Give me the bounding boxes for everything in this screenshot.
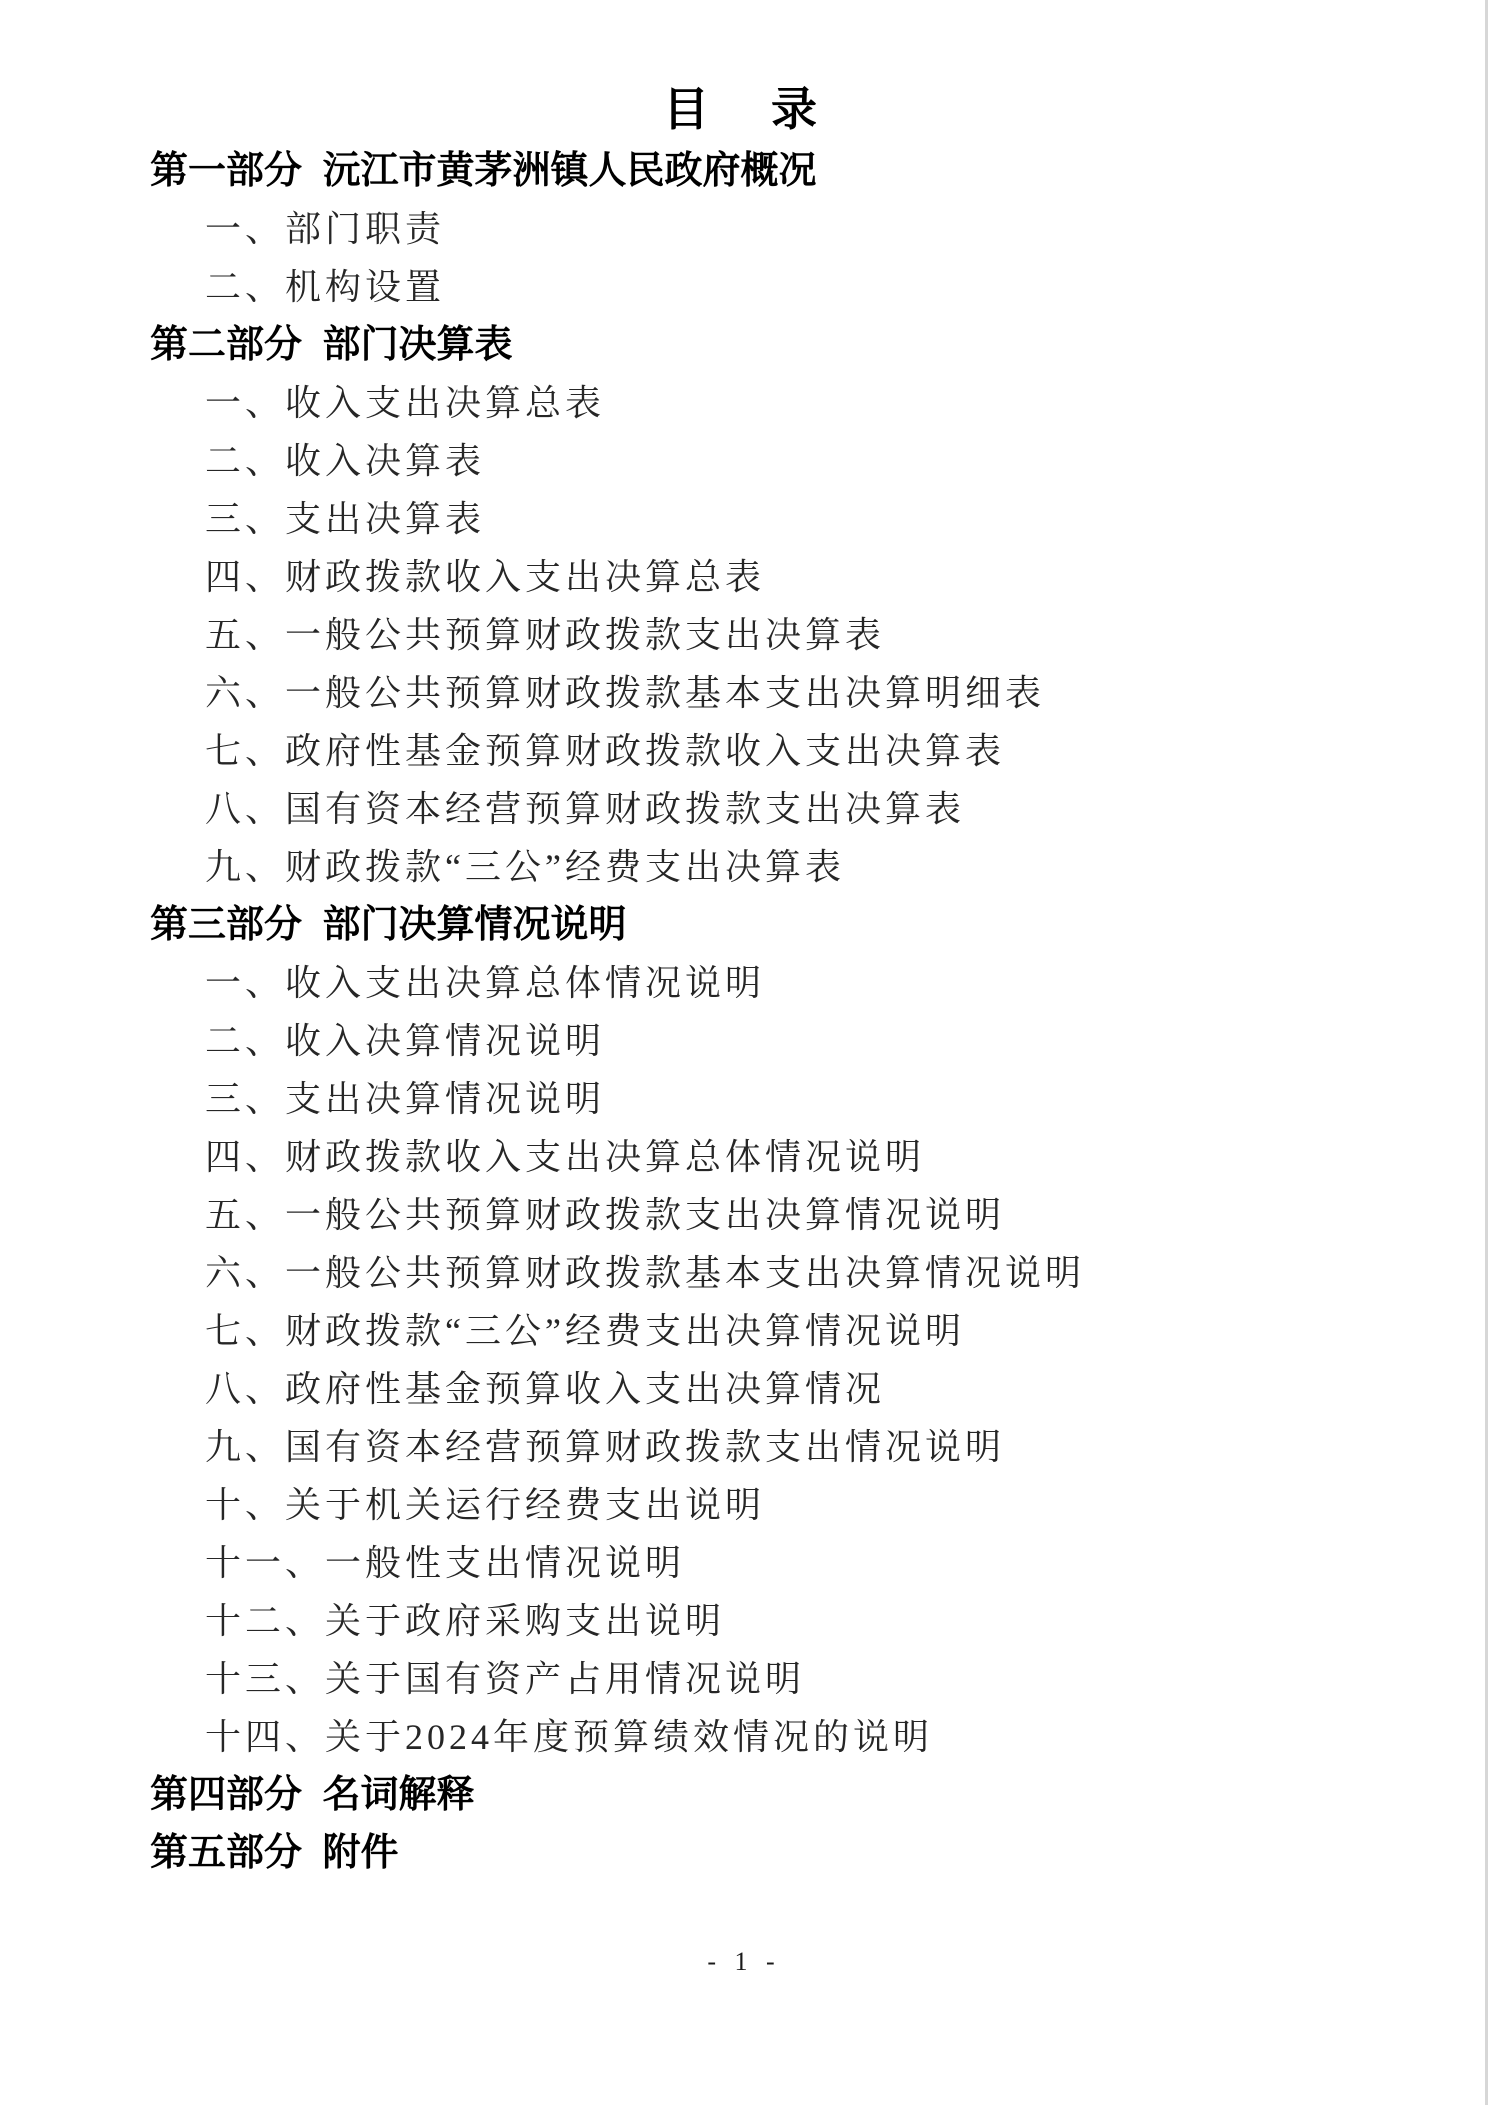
toc-item: 二、机构设置: [205, 258, 1488, 316]
toc-item: 十二、关于政府采购支出说明: [205, 1592, 1488, 1650]
toc-item: 十三、关于国有资产占用情况说明: [205, 1650, 1488, 1708]
toc-item: 一、收入支出决算总表: [205, 374, 1488, 432]
toc-item: 八、国有资本经营预算财政拨款支出决算表: [205, 780, 1488, 838]
part-heading: 第二部分 部门决算表: [150, 316, 1488, 374]
table-of-contents: 第一部分 沅江市黄茅洲镇人民政府概况一、部门职责二、机构设置第二部分 部门决算表…: [0, 142, 1488, 1882]
toc-item: 六、一般公共预算财政拨款基本支出决算明细表: [205, 664, 1488, 722]
toc-item: 九、国有资本经营预算财政拨款支出情况说明: [205, 1418, 1488, 1476]
toc-item: 一、收入支出决算总体情况说明: [205, 954, 1488, 1012]
toc-item: 五、一般公共预算财政拨款支出决算情况说明: [205, 1186, 1488, 1244]
page-number: - 1 -: [0, 1947, 1488, 1977]
part-heading: 第一部分 沅江市黄茅洲镇人民政府概况: [150, 142, 1488, 200]
toc-item: 八、政府性基金预算收入支出决算情况: [205, 1360, 1488, 1418]
part-heading: 第三部分 部门决算情况说明: [150, 896, 1488, 954]
toc-item: 十四、关于2024年度预算绩效情况的说明: [205, 1708, 1488, 1766]
toc-item: 十一、一般性支出情况说明: [205, 1534, 1488, 1592]
page-title: 目 录: [0, 0, 1488, 138]
toc-item: 十、关于机关运行经费支出说明: [205, 1476, 1488, 1534]
toc-item: 七、政府性基金预算财政拨款收入支出决算表: [205, 722, 1488, 780]
part-heading: 第五部分 附件: [150, 1824, 1488, 1882]
toc-item: 四、财政拨款收入支出决算总体情况说明: [205, 1128, 1488, 1186]
document-page: 目 录 第一部分 沅江市黄茅洲镇人民政府概况一、部门职责二、机构设置第二部分 部…: [0, 0, 1488, 2105]
toc-item: 九、财政拨款“三公”经费支出决算表: [205, 838, 1488, 896]
toc-item: 七、财政拨款“三公”经费支出决算情况说明: [205, 1302, 1488, 1360]
toc-item: 一、部门职责: [205, 200, 1488, 258]
toc-item: 三、支出决算情况说明: [205, 1070, 1488, 1128]
toc-item: 二、收入决算情况说明: [205, 1012, 1488, 1070]
toc-item: 五、一般公共预算财政拨款支出决算表: [205, 606, 1488, 664]
toc-item: 四、财政拨款收入支出决算总表: [205, 548, 1488, 606]
toc-item: 二、收入决算表: [205, 432, 1488, 490]
toc-item: 三、支出决算表: [205, 490, 1488, 548]
toc-item: 六、一般公共预算财政拨款基本支出决算情况说明: [205, 1244, 1488, 1302]
part-heading: 第四部分 名词解释: [150, 1766, 1488, 1824]
